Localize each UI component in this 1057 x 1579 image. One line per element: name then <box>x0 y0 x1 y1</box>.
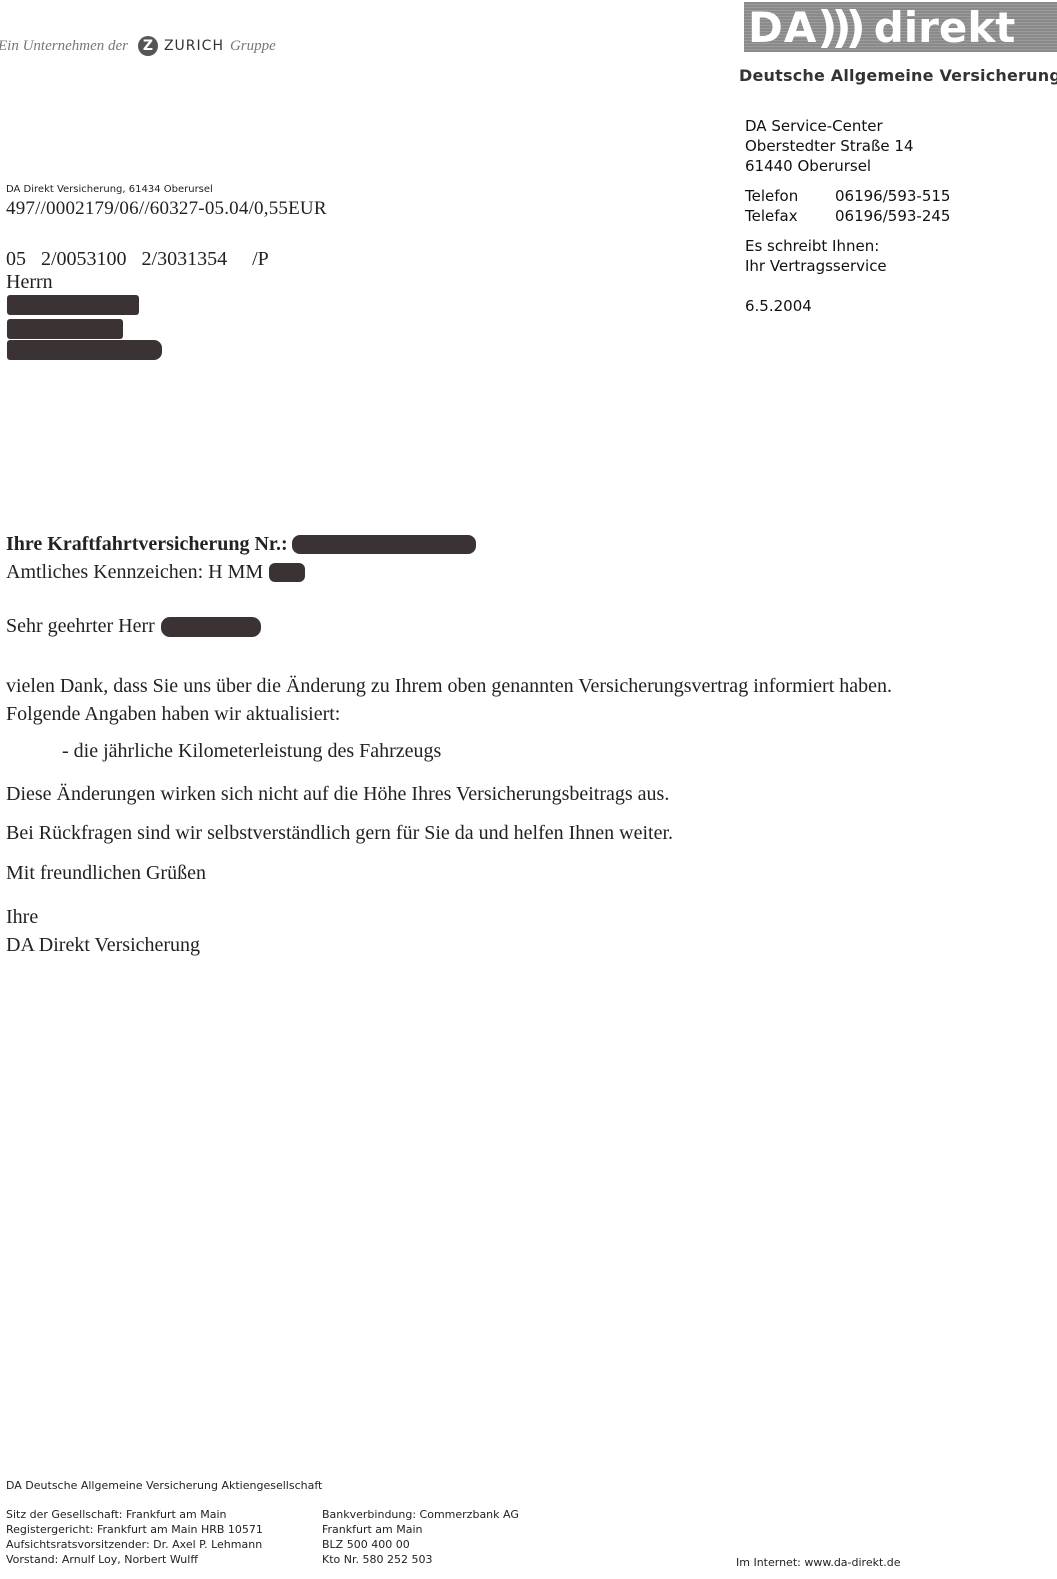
questions-paragraph: Bei Rückfragen sind wir selbstverständli… <box>6 822 673 845</box>
tagline-prefix: Ein Unternehmen der <box>0 38 128 55</box>
phone-number: 06196/593-515 <box>835 186 950 206</box>
redacted-recipient-street <box>7 319 123 339</box>
reference-line: 05 2/0053100 2/3031354 /P <box>6 248 269 271</box>
logo-da: DA <box>748 3 817 52</box>
subject-text: Ihre Kraftfahrtversicherung Nr.: <box>6 533 288 556</box>
letter-date: 6.5.2004 <box>745 296 950 316</box>
writer-label: Es schreibt Ihnen: <box>745 236 950 256</box>
footer-line: Kto Nr. 580 252 503 <box>322 1552 519 1567</box>
footer-line: Sitz der Gesellschaft: Frankfurt am Main <box>6 1507 263 1522</box>
intro-line-2: Folgende Angaben haben wir aktualisiert: <box>6 700 892 728</box>
change-item: - die jährliche Kilometerleistung des Fa… <box>62 740 441 763</box>
redacted-recipient-surname <box>161 617 261 637</box>
redacted-recipient-city <box>7 340 162 360</box>
footer-company: DA Deutsche Allgemeine Versicherung Akti… <box>6 1478 322 1493</box>
sender-line: DA Direkt Versicherung, 61434 Oberursel <box>6 184 213 195</box>
logo-direkt: direkt <box>874 3 1016 52</box>
postage-code: 497//0002179/06//60327-05.04/0,55EUR <box>6 198 327 220</box>
footer-line: Vorstand: Arnulf Loy, Norbert Wulff <box>6 1552 263 1567</box>
fax-number: 06196/593-245 <box>835 206 950 226</box>
fax-row: Telefax 06196/593-245 <box>745 206 950 226</box>
zurich-logo-icon: Z <box>138 36 158 56</box>
footer-line: Bankverbindung: Commerzbank AG <box>322 1507 519 1522</box>
intro-paragraph: vielen Dank, dass Sie uns über die Änder… <box>6 672 892 728</box>
phone-row: Telefon 06196/593-515 <box>745 186 950 206</box>
signature-block: Ihre DA Direkt Versicherung <box>6 903 200 959</box>
fax-label: Telefax <box>745 206 835 226</box>
greeting-line: Sehr geehrter Herr <box>6 615 261 638</box>
contact-line: DA Service-Center <box>745 116 950 136</box>
recipient-salutation: Herrn <box>6 271 53 294</box>
signature-line-1: Ihre <box>6 903 200 931</box>
signature-line-2: DA Direkt Versicherung <box>6 931 200 959</box>
redacted-recipient-name <box>7 295 139 315</box>
footer-line: Frankfurt am Main <box>322 1522 519 1537</box>
redacted-policy-number <box>292 535 476 554</box>
intro-line-1: vielen Dank, dass Sie uns über die Änder… <box>6 672 892 700</box>
footer-line: Registergericht: Frankfurt am Main HRB 1… <box>6 1522 263 1537</box>
zurich-name: ZURICH <box>164 38 224 54</box>
greeting-text: Sehr geehrter Herr <box>6 615 155 638</box>
footer-line: Aufsichtsratsvorsitzender: Dr. Axel P. L… <box>6 1537 263 1552</box>
contact-block: DA Service-Center Oberstedter Straße 14 … <box>745 116 950 316</box>
footer-line: BLZ 500 400 00 <box>322 1537 519 1552</box>
regards: Mit freundlichen Grüßen <box>6 862 206 885</box>
da-direkt-logo: DA ))) direkt <box>744 2 1057 52</box>
effect-paragraph: Diese Änderungen wirken sich nicht auf d… <box>6 783 669 806</box>
signal-waves-icon: ))) <box>817 2 859 52</box>
phone-label: Telefon <box>745 186 835 206</box>
tagline-suffix: Gruppe <box>230 38 276 55</box>
zurich-tagline: Ein Unternehmen der Z ZURICH Gruppe <box>0 36 276 56</box>
contact-line: Oberstedter Straße 14 <box>745 136 950 156</box>
subject-line: Ihre Kraftfahrtversicherung Nr.: <box>6 533 476 556</box>
redacted-plate-number <box>269 563 305 582</box>
plate-line: Amtliches Kennzeichen: H MM <box>6 561 305 584</box>
footer-legal-info: Sitz der Gesellschaft: Frankfurt am Main… <box>6 1507 263 1567</box>
plate-text: Amtliches Kennzeichen: H MM <box>6 561 263 584</box>
contact-line: 61440 Oberursel <box>745 156 950 176</box>
logo-subtitle: Deutsche Allgemeine Versicherungen <box>739 66 1057 85</box>
writer: Ihr Vertragsservice <box>745 256 950 276</box>
footer-bank-info: Bankverbindung: Commerzbank AG Frankfurt… <box>322 1507 519 1567</box>
footer-website: Im Internet: www.da-direkt.de <box>736 1555 901 1570</box>
